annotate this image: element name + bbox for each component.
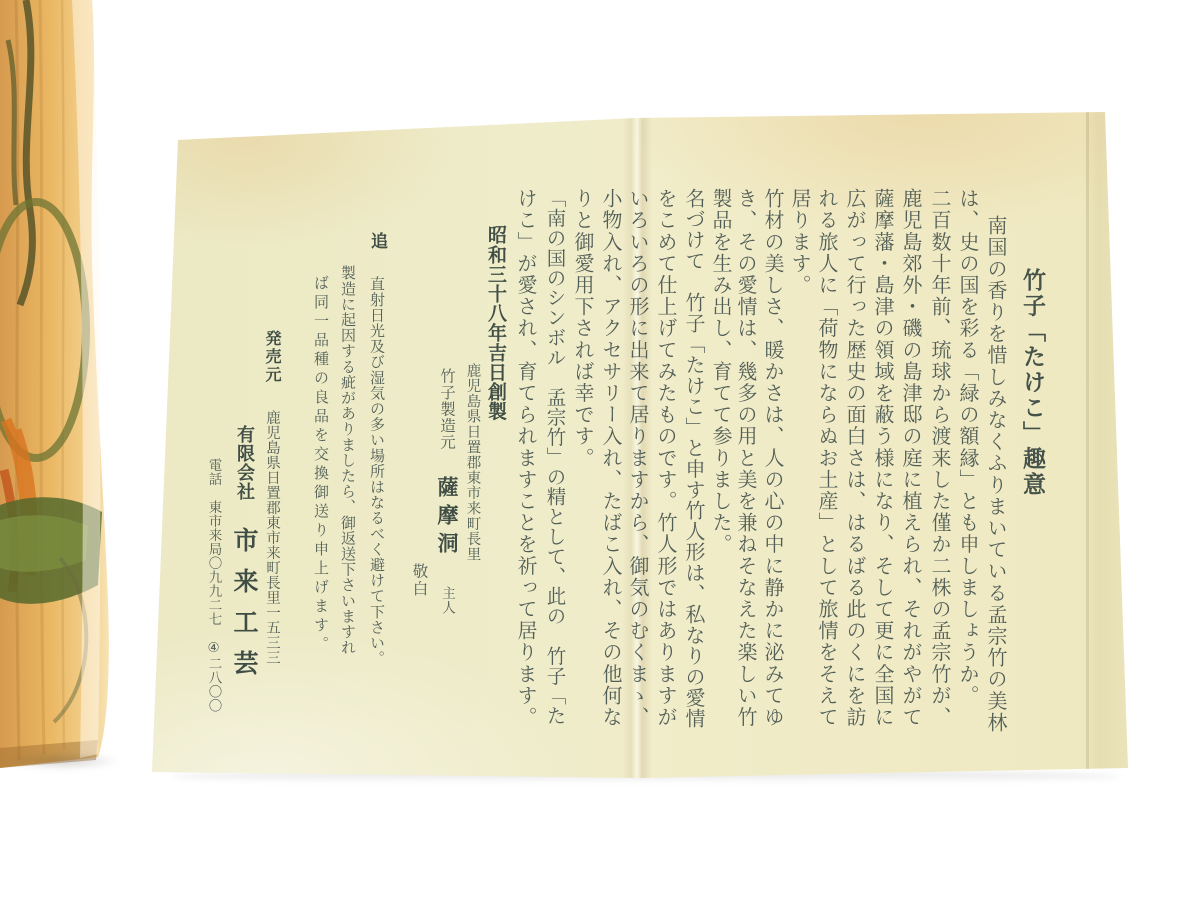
body-column-4: 鹿児島郊外・磯の島津邸の庭に植えられ、それがやがて — [901, 188, 921, 728]
date-column: 昭和三十八年吉日創製 — [486, 225, 505, 421]
maker-person-title: 主人 — [439, 586, 455, 615]
leaflet-title: 竹子「たけこ」趣意 — [1020, 268, 1043, 498]
seller-address: 鹿児島県日置郡東市来町長里一五三三 — [264, 410, 280, 665]
body-column-10: き、その愛情は、幾多の用と美を兼ねそなえた楽しい竹 — [736, 188, 756, 728]
body-column-1: 南国の香りを惜しみなくふりまいている孟宗竹の美林 — [986, 215, 1006, 733]
body-column-3: 二百数十年前、琉球から渡来した僅か二株の孟宗竹が、 — [930, 188, 950, 728]
company-type: 有限会社 — [234, 425, 255, 501]
postscript-column-2: 製造に起因する疵がありましたら、御返送下さいますれ — [340, 265, 355, 655]
phone-label: 電話 — [206, 458, 222, 486]
bamboo-ground-shadow — [4, 752, 122, 770]
body-column-14: いろいろの形に出来て居りますから、御気のむくまゝ、 — [628, 188, 648, 728]
maker-name: 薩摩洞 — [435, 476, 459, 560]
body-column-15: 小物入れ、アクセサリー入れ、たばこ入れ、その他何な — [601, 188, 621, 728]
phone-number: 東市来局〇九九二七 ④二八〇〇 — [206, 500, 222, 713]
body-column-13: をこめて仕上げてみたものです。竹人形ではありますが — [656, 188, 676, 728]
body-column-6: 広がって行った歴史の面白さは、はるばる此のくにを訪 — [845, 188, 865, 728]
seller-column: 発売元 鹿児島県日置郡東市来町長里一五三三 — [262, 330, 282, 665]
body-column-17: 「南の国のシンボル 孟宗竹」の精として、此の 竹子「た — [545, 188, 565, 725]
body-column-9: 竹材の美しさ、暖かさは、人の心の中に静かに泌みてゆ — [763, 188, 783, 728]
paper-folded-edge — [1086, 110, 1089, 782]
postscript-column-1: 追 直射日光及び湿気の多い場所はなるべく避けて下さい。 — [367, 232, 387, 666]
leaflet-paper: 竹子「たけこ」趣意 南国の香りを惜しみなくふりまいている孟宗竹の美林 は、史の国… — [148, 110, 1132, 782]
photo-scene: 竹子「たけこ」趣意 南国の香りを惜しみなくふりまいている孟宗竹の美林 は、史の国… — [0, 0, 1200, 900]
maker-role-label: 竹子製造元 — [438, 368, 456, 451]
body-column-18: けこ」が愛され、育てられますことを祈って居ります。 — [516, 188, 536, 728]
bamboo-vase — [0, 0, 135, 780]
body-column-16: りと御愛用下されば幸です。 — [573, 188, 593, 469]
postscript-column-3: ば同一品種の良品を交換御送り申上げます。 — [313, 275, 328, 655]
postscript-heading: 追 — [367, 232, 387, 251]
phone-column: 電話 東市来局〇九九二七 ④二八〇〇 — [206, 458, 220, 713]
company-column: 有限会社 市来工芸 — [232, 425, 257, 691]
body-column-11: 製品を生み出し、育てて参りました。 — [711, 188, 731, 555]
body-column-5: 薩摩藩・島津の領域を蔽う様になり、そして更に全国に — [873, 188, 893, 728]
closing-column: 敬白 — [411, 563, 427, 598]
body-column-8: 居ります。 — [790, 188, 810, 296]
seller-heading: 発売元 — [263, 330, 282, 384]
maker-address-column: 鹿児島県日置郡東市来町長里 — [465, 363, 480, 562]
maker-name-column: 竹子製造元 薩摩洞 主人 — [436, 368, 457, 615]
postscript-line: 直射日光及び湿気の多い場所はなるべく避けて下さい。 — [368, 276, 386, 666]
body-column-2: は、史の国を彩る「緑の額縁」とも申しましょうか。 — [958, 188, 978, 706]
company-name: 市来工芸 — [230, 527, 259, 691]
body-column-7: れる旅人に「荷物にならぬお土産」として旅情をそえて — [817, 188, 837, 728]
body-column-12: 名づけて 竹子「たけこ」と申す竹人形は、私なりの愛情 — [684, 188, 704, 729]
